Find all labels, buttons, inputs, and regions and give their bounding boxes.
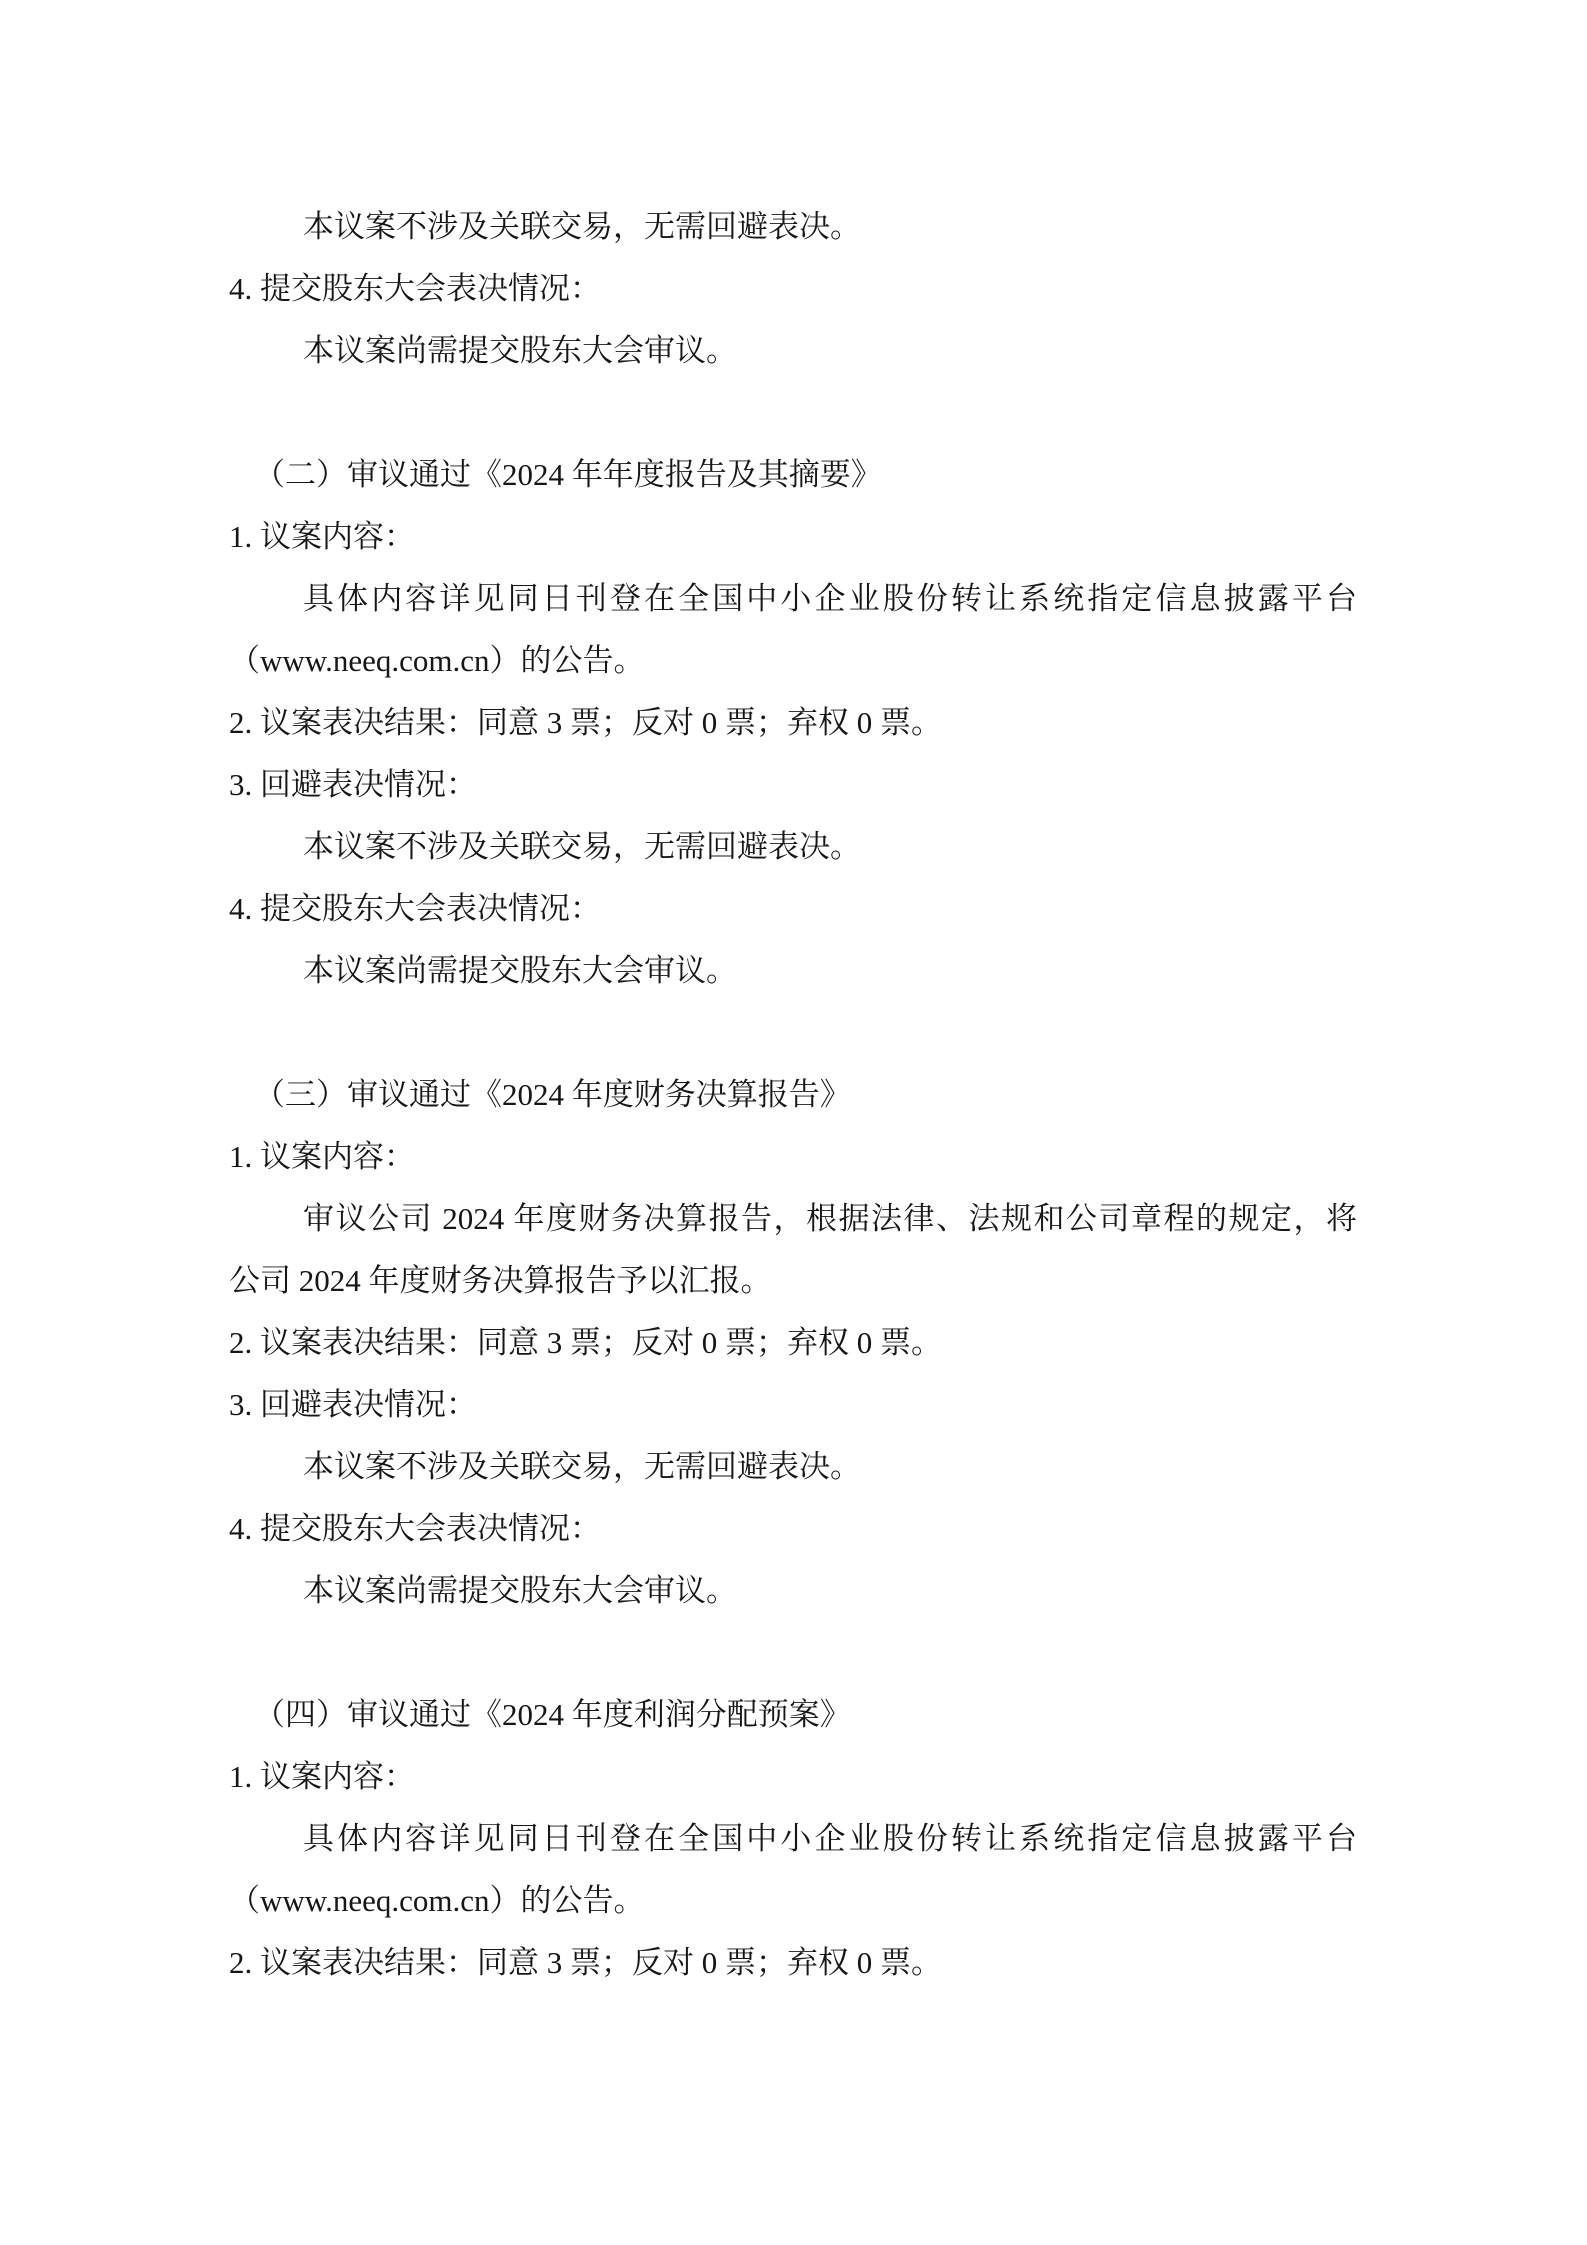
list-item-2-voting-result: 2. 议案表决结果：同意 3 票；反对 0 票；弃权 0 票。 bbox=[229, 1312, 1357, 1374]
list-item-4-submit-to-shareholders: 4. 提交股东大会表决情况： bbox=[229, 878, 1357, 940]
section-heading-4-profit-distribution-plan: （四）审议通过《2024 年度利润分配预案》 bbox=[229, 1684, 1357, 1746]
section-heading-3-financial-settlement-report: （三）审议通过《2024 年度财务决算报告》 bbox=[229, 1064, 1357, 1126]
paragraph-line-details-published: 具体内容详见同日刊登在全国中小企业股份转让系统指定信息披露平台 bbox=[229, 1808, 1357, 1870]
list-item-3-abstention-status: 3. 回避表决情况： bbox=[229, 754, 1357, 816]
list-item-2-voting-result: 2. 议案表决结果：同意 3 票；反对 0 票；弃权 0 票。 bbox=[229, 692, 1357, 754]
paragraph-line-no-related-transaction: 本议案不涉及关联交易，无需回避表决。 bbox=[229, 1436, 1357, 1498]
list-item-4-submit-to-shareholders: 4. 提交股东大会表决情况： bbox=[229, 258, 1357, 320]
list-item-1-proposal-content: 1. 议案内容： bbox=[229, 1746, 1357, 1808]
blank-line bbox=[229, 1002, 1357, 1064]
paragraph-line-needs-shareholder-review: 本议案尚需提交股东大会审议。 bbox=[229, 320, 1357, 382]
list-item-3-abstention-status: 3. 回避表决情况： bbox=[229, 1374, 1357, 1436]
blank-line bbox=[229, 382, 1357, 444]
paragraph-line-details-published: 具体内容详见同日刊登在全国中小企业股份转让系统指定信息披露平台 bbox=[229, 568, 1357, 630]
section-heading-2-annual-report: （二）审议通过《2024 年年度报告及其摘要》 bbox=[229, 444, 1357, 506]
document-page: 本议案不涉及关联交易，无需回避表决。 4. 提交股东大会表决情况： 本议案尚需提… bbox=[0, 0, 1587, 2245]
paragraph-line-no-related-transaction: 本议案不涉及关联交易，无需回避表决。 bbox=[229, 196, 1357, 258]
list-item-2-voting-result: 2. 议案表决结果：同意 3 票；反对 0 票；弃权 0 票。 bbox=[229, 1932, 1357, 1994]
document-body: 本议案不涉及关联交易，无需回避表决。 4. 提交股东大会表决情况： 本议案尚需提… bbox=[229, 196, 1357, 1994]
list-item-1-proposal-content: 1. 议案内容： bbox=[229, 1126, 1357, 1188]
paragraph-line-neeq-url: （www.neeq.com.cn）的公告。 bbox=[229, 1870, 1357, 1932]
paragraph-line-review-settlement: 审议公司 2024 年度财务决算报告，根据法律、法规和公司章程的规定，将 bbox=[229, 1188, 1357, 1250]
list-item-1-proposal-content: 1. 议案内容： bbox=[229, 506, 1357, 568]
paragraph-line-settlement-report-continued: 公司 2024 年度财务决算报告予以汇报。 bbox=[229, 1250, 1357, 1312]
paragraph-line-needs-shareholder-review: 本议案尚需提交股东大会审议。 bbox=[229, 1560, 1357, 1622]
paragraph-line-no-related-transaction: 本议案不涉及关联交易，无需回避表决。 bbox=[229, 816, 1357, 878]
paragraph-line-neeq-url: （www.neeq.com.cn）的公告。 bbox=[229, 630, 1357, 692]
paragraph-line-needs-shareholder-review: 本议案尚需提交股东大会审议。 bbox=[229, 940, 1357, 1002]
blank-line bbox=[229, 1622, 1357, 1684]
list-item-4-submit-to-shareholders: 4. 提交股东大会表决情况： bbox=[229, 1498, 1357, 1560]
